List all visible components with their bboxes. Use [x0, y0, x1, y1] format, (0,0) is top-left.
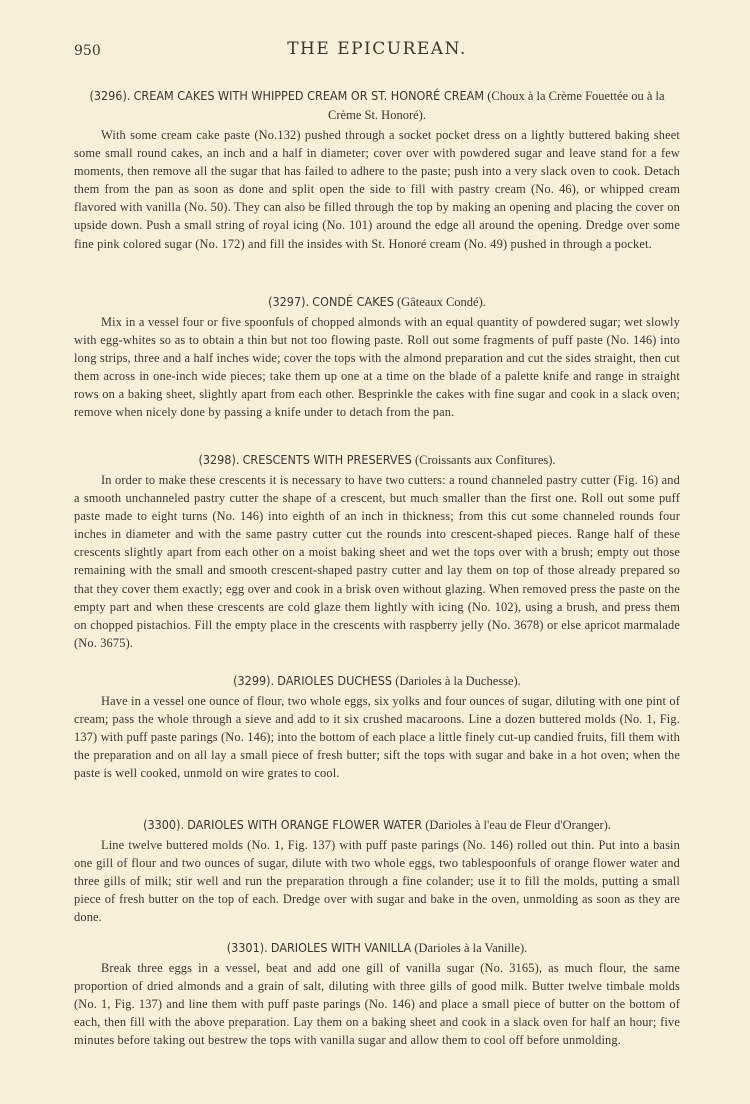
recipe-3296: (3296). CREAM CAKES WITH WHIPPED CREAM O…: [74, 86, 680, 253]
recipe-number: (3296).: [89, 88, 130, 103]
book-title: THE EPICUREAN.: [74, 39, 680, 59]
recipe-title: (3296). CREAM CAKES WITH WHIPPED CREAM O…: [74, 86, 680, 125]
recipe-3301: (3301). DARIOLES WITH VANILLA (Darioles …: [74, 938, 680, 1049]
recipe-3299: (3299). DARIOLES DUCHESS (Darioles à la …: [74, 671, 680, 782]
recipe-title: (3301). DARIOLES WITH VANILLA (Darioles …: [74, 938, 680, 958]
recipe-french-name: (Gâteaux Condé).: [397, 295, 486, 309]
recipe-number: (3298).: [198, 452, 239, 467]
recipe-title: (3298). CRESCENTS WITH PRESERVES (Croiss…: [74, 450, 680, 470]
recipe-french-name: (Darioles à la Vanille).: [414, 941, 527, 955]
running-head: 950 THE EPICUREAN.: [74, 39, 680, 63]
recipe-name: CREAM CAKES WITH WHIPPED CREAM OR ST. HO…: [134, 88, 484, 103]
recipe-title: (3299). DARIOLES DUCHESS (Darioles à la …: [74, 671, 680, 691]
recipe-body: With some cream cake paste (No.132) push…: [74, 126, 680, 253]
recipe-3300: (3300). DARIOLES WITH ORANGE FLOWER WATE…: [74, 815, 680, 926]
recipe-name: DARIOLES DUCHESS: [277, 673, 392, 688]
recipe-body: Mix in a vessel four or five spoonfuls o…: [74, 313, 680, 422]
recipe-body: Line twelve buttered molds (No. 1, Fig. …: [74, 836, 680, 926]
recipe-body: Break three eggs in a vessel, beat and a…: [74, 959, 680, 1049]
recipe-french-name: (Darioles à l'eau de Fleur d'Oranger).: [425, 818, 611, 832]
recipe-title: (3300). DARIOLES WITH ORANGE FLOWER WATE…: [74, 815, 680, 835]
recipe-number: (3301).: [227, 940, 268, 955]
recipe-french-name: (Croissants aux Confitures).: [415, 453, 556, 467]
recipe-3297: (3297). CONDÉ CAKES (Gâteaux Condé). Mix…: [74, 292, 680, 422]
recipe-number: (3299).: [233, 673, 274, 688]
recipe-title: (3297). CONDÉ CAKES (Gâteaux Condé).: [74, 292, 680, 312]
recipe-french-name: (Darioles à la Duchesse).: [395, 674, 521, 688]
recipe-name: CRESCENTS WITH PRESERVES: [243, 452, 412, 467]
recipe-name: DARIOLES WITH VANILLA: [271, 940, 411, 955]
recipe-3298: (3298). CRESCENTS WITH PRESERVES (Croiss…: [74, 450, 680, 652]
recipe-body: In order to make these crescents it is n…: [74, 471, 680, 652]
recipe-number: (3300).: [143, 817, 184, 832]
recipe-body: Have in a vessel one ounce of flour, two…: [74, 692, 680, 782]
recipe-number: (3297).: [268, 294, 309, 309]
recipe-name: CONDÉ CAKES: [312, 294, 394, 309]
recipe-name: DARIOLES WITH ORANGE FLOWER WATER: [187, 817, 422, 832]
